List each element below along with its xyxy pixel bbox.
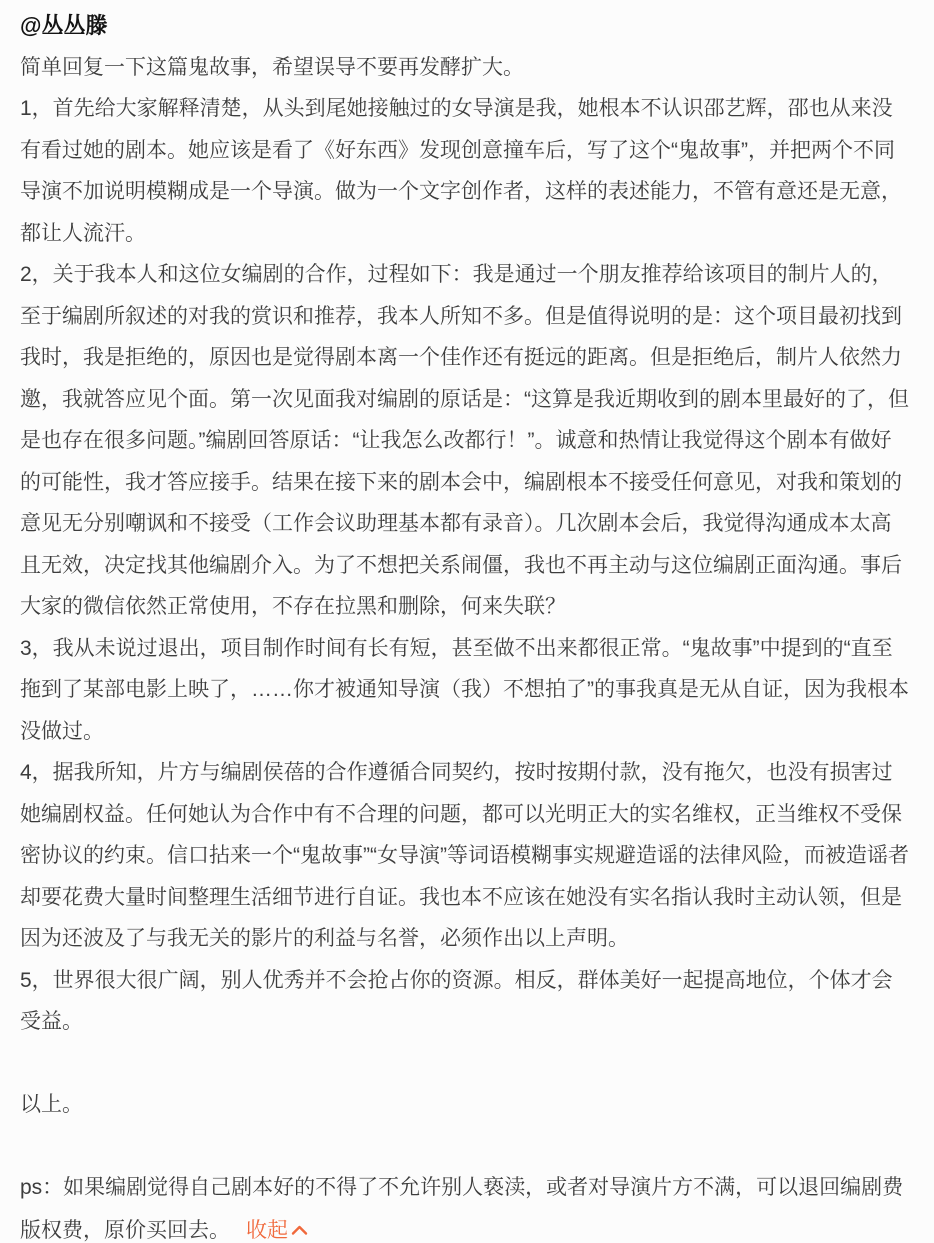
- post-paragraph-point-4: 4，据我所知，片方与编剧侯蓓的合作遵循合同契约，按时按期付款，没有拖欠，也没有损…: [20, 752, 912, 960]
- blank-line: [20, 1043, 912, 1085]
- collapse-label: 收起: [246, 1219, 288, 1242]
- post-closing-line: 以上。: [20, 1084, 912, 1126]
- post-ps-paragraph: ps：如果编剧觉得自己剧本好的不得了不允许别人亵渎，或者对导演片方不满，可以退回…: [20, 1167, 912, 1243]
- post-paragraph-point-1: 1，首先给大家解释清楚，从头到尾她接触过的女导演是我，她根本不认识邵艺辉，邵也从…: [20, 88, 912, 254]
- collapse-link[interactable]: 收起: [246, 1219, 308, 1242]
- post-paragraph-point-5: 5，世界很大很广阔，别人优秀并不会抢占你的资源。相反，群体美好一起提高地位，个体…: [20, 960, 912, 1043]
- chevron-up-icon: [291, 1209, 308, 1243]
- ps-text: ps：如果编剧觉得自己剧本好的不得了不允许别人亵渎，或者对导演片方不满，可以退回…: [20, 1176, 903, 1242]
- post-intro-paragraph: 简单回复一下这篇鬼故事，希望误导不要再发酵扩大。: [20, 47, 912, 89]
- post-paragraph-point-3: 3，我从未说过退出，项目制作时间有长有短，甚至做不出来都很正常。“鬼故事”中提到…: [20, 628, 912, 753]
- post-detail: @丛丛滕 简单回复一下这篇鬼故事，希望误导不要再发酵扩大。 1，首先给大家解释清…: [0, 0, 934, 1243]
- author-username[interactable]: @丛丛滕: [20, 5, 912, 47]
- post-paragraph-point-2: 2，关于我本人和这位女编剧的合作，过程如下：我是通过一个朋友推荐给该项目的制片人…: [20, 254, 912, 628]
- blank-line: [20, 1126, 912, 1168]
